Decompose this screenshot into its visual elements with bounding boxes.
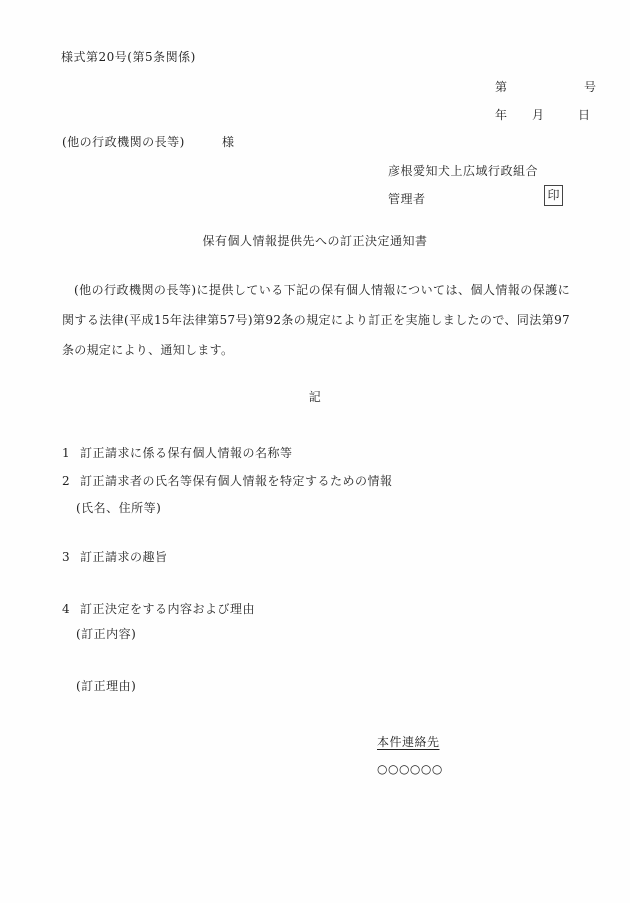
item-3-number: 3: [62, 549, 80, 565]
addressee-honorific: 様: [222, 134, 235, 150]
sender-organization: 彦根愛知犬上広域行政組合: [388, 163, 538, 179]
list-item-3: 3 訂正請求の趣旨: [62, 549, 168, 565]
date-day-label: 日: [578, 107, 591, 123]
seal-character: 印: [547, 188, 559, 202]
item-4-subnote-reason: (訂正理由): [76, 678, 136, 694]
form-number-label: 様式第20号(第5条関係): [61, 49, 196, 65]
item-1-number: 1: [62, 445, 80, 461]
item-2-number: 2: [62, 473, 80, 489]
record-marker: 記: [0, 389, 630, 405]
item-1-text: 訂正請求に係る保有個人情報の名称等: [80, 445, 293, 461]
list-item-1: 1 訂正請求に係る保有個人情報の名称等: [62, 445, 293, 461]
document-title: 保有個人情報提供先への訂正決定通知書: [0, 233, 630, 249]
seal-box: 印: [544, 185, 563, 206]
item-4-number: 4: [62, 601, 80, 617]
document-page: 様式第20号(第5条関係) 第 号 年 月 日 (他の行政機関の長等) 様 彦根…: [0, 0, 630, 903]
doc-number-suffix: 号: [584, 79, 597, 95]
addressee-name: (他の行政機関の長等): [62, 134, 185, 150]
item-4-text: 訂正決定をする内容および理由: [80, 601, 255, 617]
contact-value: ○○○○○○: [377, 761, 443, 777]
item-4-subnote-content: (訂正内容): [76, 626, 136, 642]
date-month-label: 月: [532, 107, 545, 123]
item-3-text: 訂正請求の趣旨: [80, 549, 168, 565]
date-year-label: 年: [495, 107, 508, 123]
item-2-text: 訂正請求者の氏名等保有個人情報を特定するための情報: [80, 473, 393, 489]
doc-number-prefix: 第: [495, 79, 508, 95]
list-item-2: 2 訂正請求者の氏名等保有個人情報を特定するための情報: [62, 473, 393, 489]
item-2-subnote: (氏名、住所等): [76, 500, 161, 516]
contact-label: 本件連絡先: [377, 734, 440, 750]
list-item-4: 4 訂正決定をする内容および理由: [62, 601, 255, 617]
body-paragraph: (他の行政機関の長等)に提供している下記の保有個人情報については、個人情報の保護…: [62, 275, 570, 365]
sender-role: 管理者: [388, 191, 426, 207]
